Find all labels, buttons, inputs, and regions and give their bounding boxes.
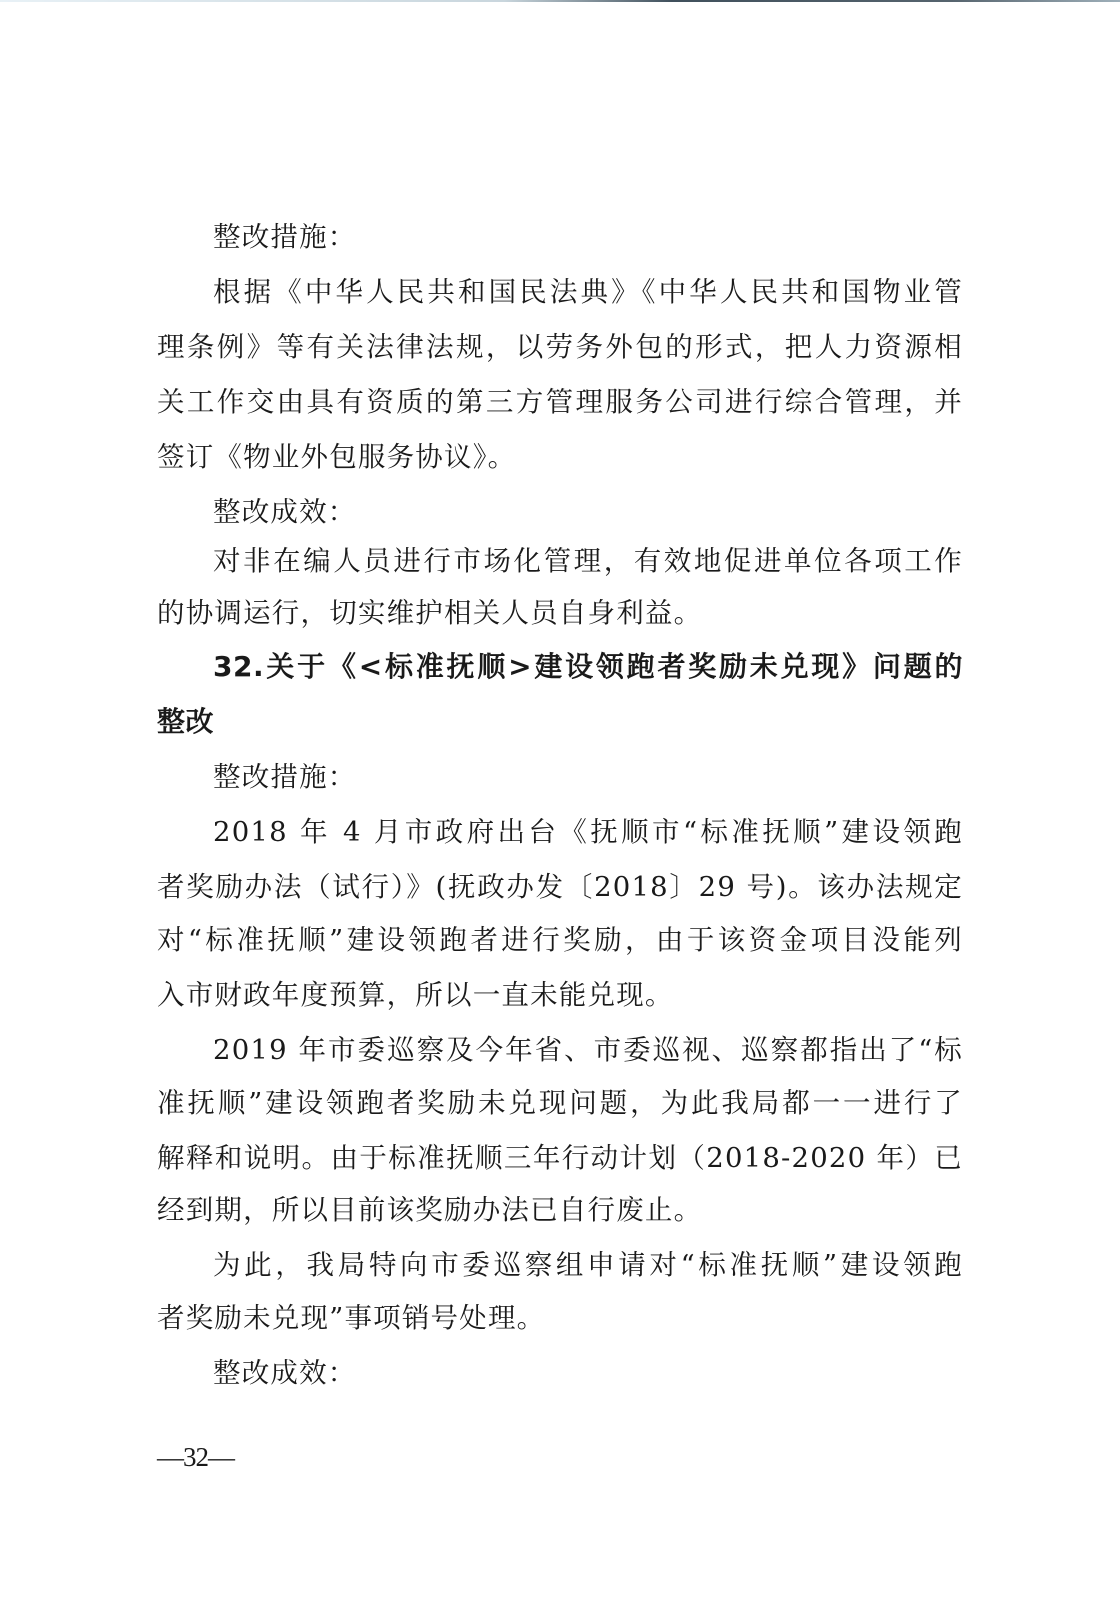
paragraph-line: 者奖励未兑现”事项销号处理。: [157, 1298, 545, 1338]
paragraph-line: 入市财政年度预算，所以一直未能兑现。: [157, 975, 674, 1015]
paragraph-line: 解释和说明。由于标准抚顺三年行动计划（2018-2020 年）已: [157, 1138, 963, 1178]
paragraph-line: 根据《中华人民共和国民法典》《中华人民共和国物业管: [213, 272, 963, 312]
section-heading-32-continued: 整改: [157, 702, 214, 742]
document-page: 整改措施： 根据《中华人民共和国民法典》《中华人民共和国物业管 理条例》等有关法…: [0, 0, 1120, 1599]
paragraph-line: 理条例》等有关法律法规，以劳务外包的形式，把人力资源相: [157, 327, 963, 367]
paragraph-line: 准抚顺”建设领跑者奖励未兑现问题，为此我局都一一进行了: [157, 1083, 963, 1123]
paragraph-line: 2019 年市委巡察及今年省、市委巡视、巡察都指出了“标: [213, 1030, 963, 1070]
paragraph-line: 的协调运行，切实维护相关人员自身利益。: [157, 593, 702, 633]
section-label-results: 整改成效：: [213, 1353, 357, 1393]
section-heading-32: 32.关于《<标准抚顺>建设领跑者奖励未兑现》问题的: [213, 647, 963, 687]
page-number: —32—: [157, 1437, 234, 1477]
paragraph-line: 者奖励办法（试行）》(抚政办发〔2018〕29 号)。该办法规定: [157, 867, 963, 907]
paragraph-line: 关工作交由具有资质的第三方管理服务公司进行综合管理，并: [157, 382, 963, 422]
paragraph-line: 签订《物业外包服务协议》。: [157, 437, 516, 477]
paragraph-line: 为此，我局特向市委巡察组申请对“标准抚顺”建设领跑: [213, 1245, 963, 1285]
section-label-measures: 整改措施：: [213, 217, 357, 257]
section-label-results: 整改成效：: [213, 492, 357, 532]
paragraph-line: 对“标准抚顺”建设领跑者进行奖励，由于该资金项目没能列: [157, 920, 963, 960]
paragraph-line: 对非在编人员进行市场化管理，有效地促进单位各项工作: [213, 541, 963, 581]
paragraph-line: 经到期，所以目前该奖励办法已自行废止。: [157, 1190, 702, 1230]
section-label-measures: 整改措施：: [213, 757, 357, 797]
paragraph-line: 2018 年 4 月市政府出台《抚顺市“标准抚顺”建设领跑: [213, 812, 963, 852]
